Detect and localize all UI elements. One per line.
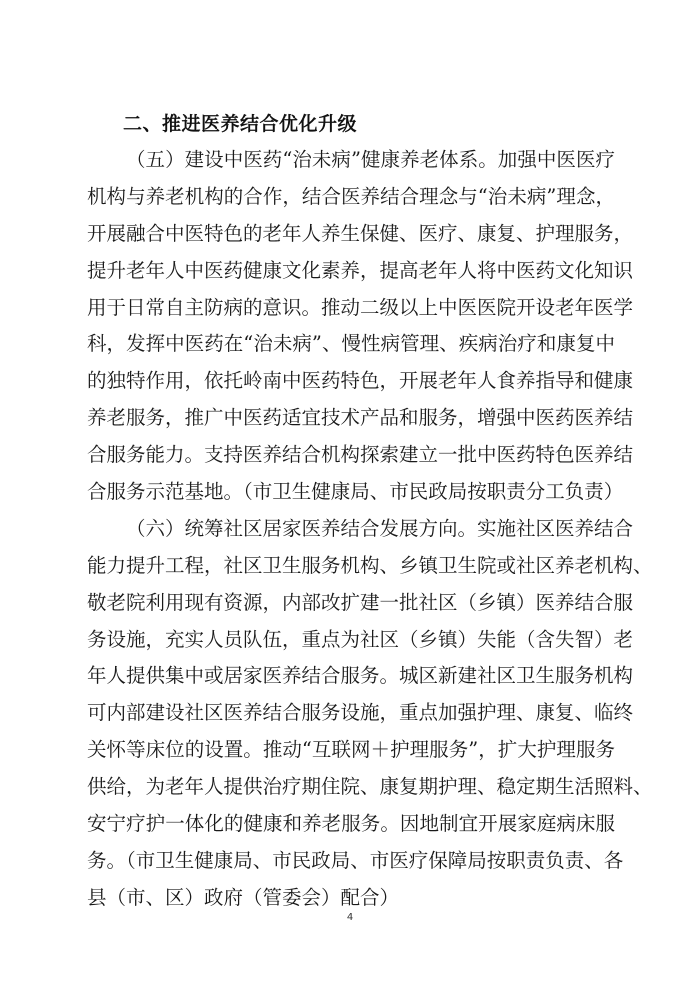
paragraph-line: 合服务示范基地。（市卫生健康局、市民政局按职责分工负责） — [87, 474, 615, 511]
paragraph-6: （六）统筹社区居家医养结合发展方向。实施社区医养结合 能力提升工程，社区卫生服务… — [87, 511, 615, 917]
paragraph-5: （五）建设中医药“治未病”健康养老体系。加强中医医疗 机构与养老机构的合作，结合… — [87, 142, 615, 511]
paragraph-line: 敬老院利用现有资源，内部改扩建一批社区（乡镇）医养结合服 — [87, 585, 615, 622]
paragraph-line: 务设施，充实人员队伍，重点为社区（乡镇）失能（含失智）老 — [87, 622, 615, 659]
paragraph-line: 合服务能力。支持医养结合机构探索建立一批中医药特色医养结 — [87, 437, 615, 474]
paragraph-line: 提升老年人中医药健康文化素养，提高老年人将中医药文化知识 — [87, 253, 615, 290]
page-number: 4 — [0, 912, 700, 923]
paragraph-line: 用于日常自主防病的意识。推动二级以上中医医院开设老年医学 — [87, 290, 615, 327]
paragraph-line: 关怀等床位的设置。推动“互联网＋护理服务”，扩大护理服务 — [87, 732, 615, 769]
paragraph-line: 能力提升工程，社区卫生服务机构、乡镇卫生院或社区养老机构、 — [87, 548, 615, 585]
document-page: 二、推进医养结合优化升级 （五）建设中医药“治未病”健康养老体系。加强中医医疗 … — [87, 106, 615, 917]
paragraph-line: 机构与养老机构的合作，结合医养结合理念与“治未病”理念， — [87, 179, 615, 216]
paragraph-line: 的独特作用，依托岭南中医药特色，开展老年人食养指导和健康 — [87, 363, 615, 400]
paragraph-line: 可内部建设社区医养结合服务设施，重点加强护理、康复、临终 — [87, 695, 615, 732]
paragraph-line: 开展融合中医特色的老年人养生保健、医疗、康复、护理服务， — [87, 216, 615, 253]
paragraph-line: 供给，为老年人提供治疗期住院、康复期护理、稳定期生活照料、 — [87, 769, 615, 806]
paragraph-line: 科，发挥中医药在“治未病”、慢性病管理、疾病治疗和康复中 — [87, 326, 615, 363]
paragraph-line: 安宁疗护一体化的健康和养老服务。因地制宜开展家庭病床服 — [87, 806, 615, 843]
section-heading: 二、推进医养结合优化升级 — [87, 106, 615, 142]
paragraph-line: 年人提供集中或居家医养结合服务。城区新建社区卫生服务机构 — [87, 658, 615, 695]
paragraph-line: （六）统筹社区居家医养结合发展方向。实施社区医养结合 — [87, 511, 615, 548]
paragraph-line: 养老服务，推广中医药适宜技术产品和服务，增强中医药医养结 — [87, 400, 615, 437]
paragraph-line: 务。（市卫生健康局、市民政局、市医疗保障局按职责负责、各 — [87, 843, 615, 880]
paragraph-line: （五）建设中医药“治未病”健康养老体系。加强中医医疗 — [87, 142, 615, 179]
